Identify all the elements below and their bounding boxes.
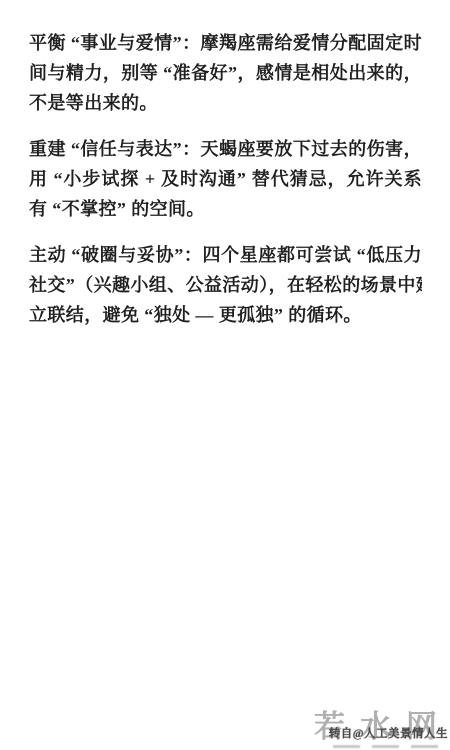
text-line: 重建 “信任与表达”：天蝎座要放下过去的伤害， bbox=[29, 134, 422, 164]
paragraph-career-love: 平衡 “事业与爱情”：摩羯座需给爱情分配固定时 间与精力，别等 “准备好”，感情… bbox=[29, 28, 422, 118]
article-page: 平衡 “事业与爱情”：摩羯座需给爱情分配固定时 间与精力，别等 “准备好”，感情… bbox=[0, 0, 450, 750]
text-line: 用 “小步试探 + 及时沟通” 替代猜忌，允许关系 bbox=[29, 164, 422, 194]
text-line: 立联结，避免 “独处 — 更孤独” 的循环。 bbox=[29, 300, 422, 330]
text-line: 主动 “破圈与妥协”：四个星座都可尝试 “低压力 bbox=[29, 240, 422, 270]
watermark-attribution: 转自@人工美景情人生 bbox=[298, 728, 448, 741]
paragraph-social-circle: 主动 “破圈与妥协”：四个星座都可尝试 “低压力 社交”（兴趣小组、公益活动），… bbox=[29, 240, 422, 330]
watermark-smudges bbox=[298, 745, 438, 748]
smudge-bar bbox=[411, 745, 438, 748]
smudge-bar bbox=[333, 745, 360, 748]
text-line: 间与精力，别等 “准备好”，感情是相处出来的， bbox=[29, 58, 422, 88]
paragraph-trust-expression: 重建 “信任与表达”：天蝎座要放下过去的伤害， 用 “小步试探 + 及时沟通” … bbox=[29, 134, 422, 224]
smudge-bar bbox=[372, 745, 399, 748]
text-line: 平衡 “事业与爱情”：摩羯座需给爱情分配固定时 bbox=[29, 28, 422, 58]
article-body: 平衡 “事业与爱情”：摩羯座需给爱情分配固定时 间与精力，别等 “准备好”，感情… bbox=[0, 0, 450, 346]
text-line: 有 “不掌控” 的空间。 bbox=[29, 194, 422, 224]
text-line: 不是等出来的。 bbox=[29, 88, 422, 118]
text-line: 社交”（兴趣小组、公益活动），在轻松的场景中建 bbox=[29, 270, 422, 300]
watermark: 若水网 转自@人工美景情人生 bbox=[298, 711, 448, 748]
